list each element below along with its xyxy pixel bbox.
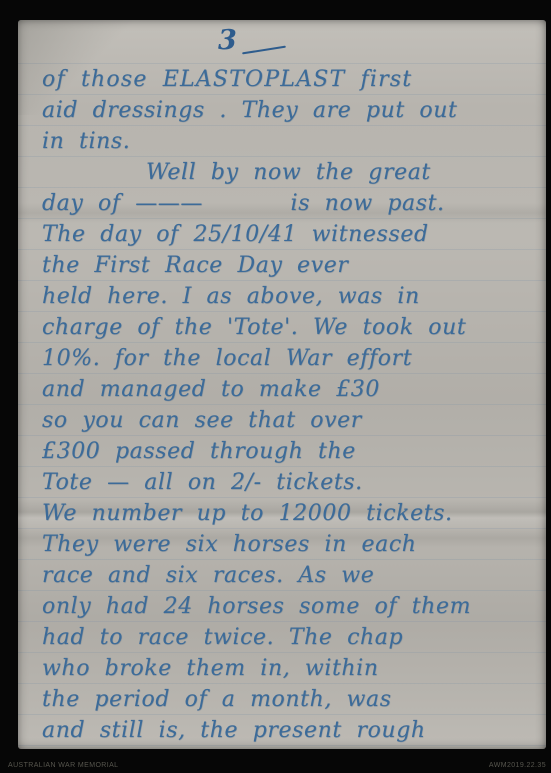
handwritten-line: held here. I as above, was in xyxy=(42,281,538,312)
handwritten-line: race and six races. As we xyxy=(42,560,538,591)
handwritten-line: who broke them in, within xyxy=(42,653,538,684)
handwritten-line: had to race twice. The chap xyxy=(42,622,538,653)
handwritten-line: £300 passed through the xyxy=(42,436,538,467)
archive-accession-number: AWM2019.22.35 xyxy=(489,762,546,769)
handwritten-line: day of ——— is now past. xyxy=(42,188,538,219)
handwritten-line: and managed to make £30 xyxy=(42,374,538,405)
handwritten-line: the First Race Day ever xyxy=(42,250,538,281)
handwritten-line: Tote — all on 2/- tickets. xyxy=(42,467,538,498)
handwritten-line: The day of 25/10/41 witnessed xyxy=(42,219,538,250)
scanned-letter-page: 3 of those ELASTOPLAST first aid dressin… xyxy=(0,0,551,773)
archive-institution-label: AUSTRALIAN WAR MEMORIAL xyxy=(8,762,118,769)
handwritten-line: the period of a month, was xyxy=(42,684,538,715)
handwritten-line: only had 24 horses some of them xyxy=(42,591,538,622)
handwritten-line: They were six horses in each xyxy=(42,529,538,560)
handwritten-line: Well by now the great xyxy=(42,157,538,188)
handwritten-line: so you can see that over xyxy=(42,405,538,436)
handwritten-text: of those ELASTOPLAST first aid dressings… xyxy=(42,64,538,746)
handwritten-line: in tins. xyxy=(42,126,538,157)
handwritten-line: We number up to 12000 tickets. xyxy=(42,498,538,529)
handwritten-line: and still is, the present rough xyxy=(42,715,538,746)
page-number: 3 xyxy=(218,25,238,56)
page-number-block: 3 xyxy=(218,25,298,61)
handwritten-line: of those ELASTOPLAST first xyxy=(42,64,538,95)
handwritten-line: 10%. for the local War effort xyxy=(42,343,538,374)
page-number-flourish xyxy=(242,46,286,55)
letter-paper: 3 of those ELASTOPLAST first aid dressin… xyxy=(18,20,546,749)
handwritten-line: charge of the 'Tote'. We took out xyxy=(42,312,538,343)
handwritten-line: aid dressings . They are put out xyxy=(42,95,538,126)
